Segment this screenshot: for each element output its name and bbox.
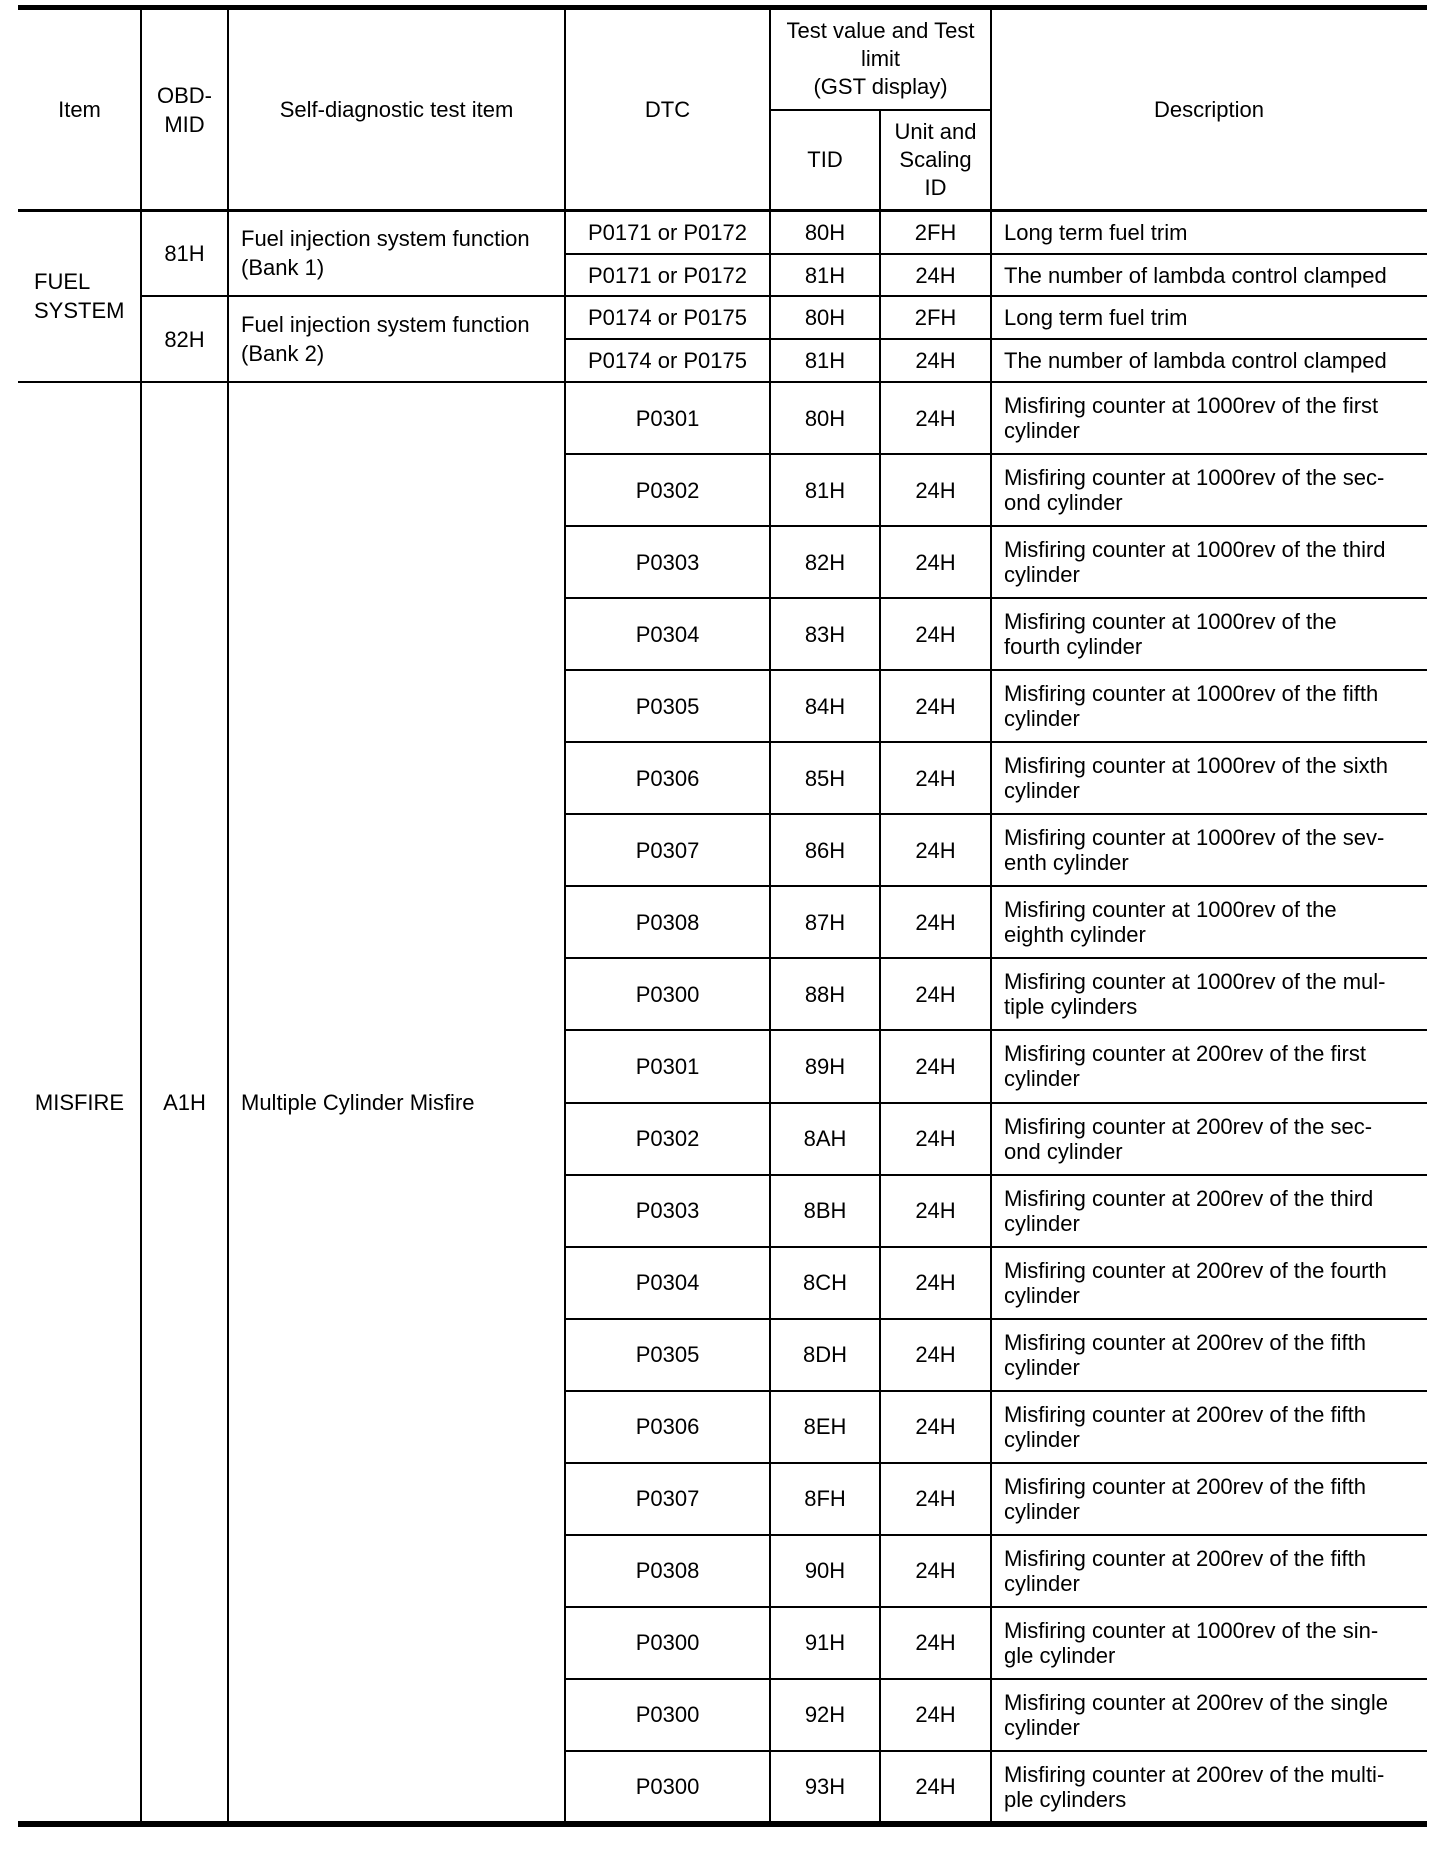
unit-scaling-id-cell: 24H	[880, 382, 991, 454]
tid-cell: 81H	[770, 339, 880, 382]
dtc-cell: P0304	[565, 1247, 770, 1319]
dtc-cell: P0303	[565, 526, 770, 598]
self-diagnostic-test-item-cell: Multiple Cylinder Misfire	[228, 382, 565, 1823]
dtc-cell: P0300	[565, 1679, 770, 1751]
description-cell: Misfiring counter at 200rev of the first…	[991, 1030, 1427, 1102]
dtc-cell: P0300	[565, 1607, 770, 1679]
unit-scaling-id-cell: 24H	[880, 1751, 991, 1823]
column-divider	[990, 8, 992, 1821]
unit-scaling-id-cell: 24H	[880, 598, 991, 670]
dtc-cell: P0302	[565, 1103, 770, 1175]
description-cell: Misfiring counter at 200rev of the sec- …	[991, 1103, 1427, 1175]
tid-cell: 89H	[770, 1030, 880, 1102]
unit-scaling-id-cell: 24H	[880, 742, 991, 814]
obd-mid-cell: A1H	[141, 382, 228, 1823]
tid-cell: 80H	[770, 382, 880, 454]
obd-mid-cell: 82H	[141, 296, 228, 382]
header-self-diagnostic-test-item: Self-diagnostic test item	[228, 9, 565, 210]
tid-cell: 92H	[770, 1679, 880, 1751]
dtc-cell: P0308	[565, 886, 770, 958]
dtc-cell: P0305	[565, 1319, 770, 1391]
unit-scaling-id-cell: 24H	[880, 1463, 991, 1535]
unit-scaling-id-cell: 24H	[880, 1607, 991, 1679]
dtc-cell: P0300	[565, 958, 770, 1030]
description-cell: Misfiring counter at 1000rev of the fift…	[991, 670, 1427, 742]
description-cell: Misfiring counter at 200rev of the third…	[991, 1175, 1427, 1247]
column-divider	[879, 109, 881, 1821]
description-cell: Misfiring counter at 1000rev of the four…	[991, 598, 1427, 670]
description-cell: Misfiring counter at 200rev of the fifth…	[991, 1535, 1427, 1607]
unit-scaling-id-cell: 24H	[880, 526, 991, 598]
unit-scaling-id-cell: 24H	[880, 1247, 991, 1319]
description-cell: Misfiring counter at 1000rev of the sixt…	[991, 742, 1427, 814]
tid-cell: 84H	[770, 670, 880, 742]
header-dtc: DTC	[565, 9, 770, 210]
dtc-cell: P0171 or P0172	[565, 254, 770, 296]
header-description: Description	[991, 9, 1427, 210]
dtc-cell: P0174 or P0175	[565, 296, 770, 339]
tid-cell: 91H	[770, 1607, 880, 1679]
tid-cell: 93H	[770, 1751, 880, 1823]
dtc-cell: P0174 or P0175	[565, 339, 770, 382]
unit-scaling-id-cell: 2FH	[880, 296, 991, 339]
description-cell: Misfiring counter at 200rev of the fifth…	[991, 1391, 1427, 1463]
dtc-cell: P0302	[565, 454, 770, 526]
tid-cell: 90H	[770, 1535, 880, 1607]
tid-cell: 83H	[770, 598, 880, 670]
table-bottom-border	[18, 1821, 1427, 1827]
unit-scaling-id-cell: 24H	[880, 1030, 991, 1102]
tid-cell: 82H	[770, 526, 880, 598]
tid-cell: 8AH	[770, 1103, 880, 1175]
description-cell: Misfiring counter at 200rev of the singl…	[991, 1679, 1427, 1751]
dtc-cell: P0304	[565, 598, 770, 670]
tid-cell: 8DH	[770, 1319, 880, 1391]
header-item: Item	[18, 9, 141, 210]
dtc-cell: P0303	[565, 1175, 770, 1247]
unit-scaling-id-cell: 24H	[880, 454, 991, 526]
self-diagnostic-test-item-cell: Fuel injection system function (Bank 1)	[228, 210, 565, 296]
description-cell: The number of lambda control clamped	[991, 254, 1427, 296]
unit-scaling-id-cell: 24H	[880, 1175, 991, 1247]
unit-scaling-id-cell: 24H	[880, 670, 991, 742]
column-divider	[140, 8, 142, 1821]
unit-scaling-id-cell: 2FH	[880, 210, 991, 254]
dtc-cell: P0308	[565, 1535, 770, 1607]
dtc-cell: P0301	[565, 1030, 770, 1102]
dtc-cell: P0306	[565, 1391, 770, 1463]
unit-scaling-id-cell: 24H	[880, 1103, 991, 1175]
description-cell: Misfiring counter at 1000rev of the sin-…	[991, 1607, 1427, 1679]
dtc-cell: P0301	[565, 382, 770, 454]
column-divider	[564, 8, 566, 1821]
tid-cell: 85H	[770, 742, 880, 814]
unit-scaling-id-cell: 24H	[880, 1535, 991, 1607]
header-test-value-group: Test value and Test limit (GST display)	[770, 9, 991, 109]
description-cell: Misfiring counter at 200rev of the fifth…	[991, 1463, 1427, 1535]
column-divider	[227, 8, 229, 1821]
self-diagnostic-test-item-cell: Fuel injection system function (Bank 2)	[228, 296, 565, 382]
description-cell: Misfiring counter at 200rev of the fifth…	[991, 1319, 1427, 1391]
description-cell: The number of lambda control clamped	[991, 339, 1427, 382]
column-divider	[769, 8, 771, 1821]
header-unit-scaling-id: Unit and Scaling ID	[880, 109, 991, 210]
dtc-cell: P0171 or P0172	[565, 210, 770, 254]
description-cell: Misfiring counter at 1000rev of the sec-…	[991, 454, 1427, 526]
description-cell: Long term fuel trim	[991, 210, 1427, 254]
obd-mid-cell: 81H	[141, 210, 228, 296]
dtc-cell: P0307	[565, 1463, 770, 1535]
dtc-cell: P0305	[565, 670, 770, 742]
tid-cell: 81H	[770, 254, 880, 296]
item-cell: MISFIRE	[18, 382, 141, 1823]
tid-cell: 8FH	[770, 1463, 880, 1535]
description-cell: Misfiring counter at 200rev of the fourt…	[991, 1247, 1427, 1319]
unit-scaling-id-cell: 24H	[880, 339, 991, 382]
description-cell: Misfiring counter at 1000rev of the thir…	[991, 526, 1427, 598]
description-cell: Misfiring counter at 1000rev of the sev-…	[991, 814, 1427, 886]
dtc-cell: P0300	[565, 1751, 770, 1823]
description-cell: Long term fuel trim	[991, 296, 1427, 339]
tid-cell: 86H	[770, 814, 880, 886]
tid-cell: 80H	[770, 296, 880, 339]
description-cell: Misfiring counter at 200rev of the multi…	[991, 1751, 1427, 1823]
unit-scaling-id-cell: 24H	[880, 254, 991, 296]
tid-cell: 8EH	[770, 1391, 880, 1463]
table-top-border	[18, 5, 1427, 10]
dtc-cell: P0307	[565, 814, 770, 886]
unit-scaling-id-cell: 24H	[880, 886, 991, 958]
tid-cell: 81H	[770, 454, 880, 526]
unit-scaling-id-cell: 24H	[880, 1679, 991, 1751]
unit-scaling-id-cell: 24H	[880, 958, 991, 1030]
tid-cell: 87H	[770, 886, 880, 958]
header-obd-mid: OBD- MID	[141, 9, 228, 210]
dtc-cell: P0306	[565, 742, 770, 814]
obd-test-table: Item OBD- MID Self-diagnostic test item …	[0, 0, 1440, 1850]
unit-scaling-id-cell: 24H	[880, 814, 991, 886]
unit-scaling-id-cell: 24H	[880, 1319, 991, 1391]
tid-cell: 8BH	[770, 1175, 880, 1247]
description-cell: Misfiring counter at 1000rev of the eigh…	[991, 886, 1427, 958]
description-cell: Misfiring counter at 1000rev of the mul-…	[991, 958, 1427, 1030]
tid-cell: 8CH	[770, 1247, 880, 1319]
header-tid: TID	[770, 109, 880, 210]
tid-cell: 88H	[770, 958, 880, 1030]
item-cell: FUEL SYSTEM	[18, 210, 141, 382]
tid-cell: 80H	[770, 210, 880, 254]
unit-scaling-id-cell: 24H	[880, 1391, 991, 1463]
description-cell: Misfiring counter at 1000rev of the firs…	[991, 382, 1427, 454]
